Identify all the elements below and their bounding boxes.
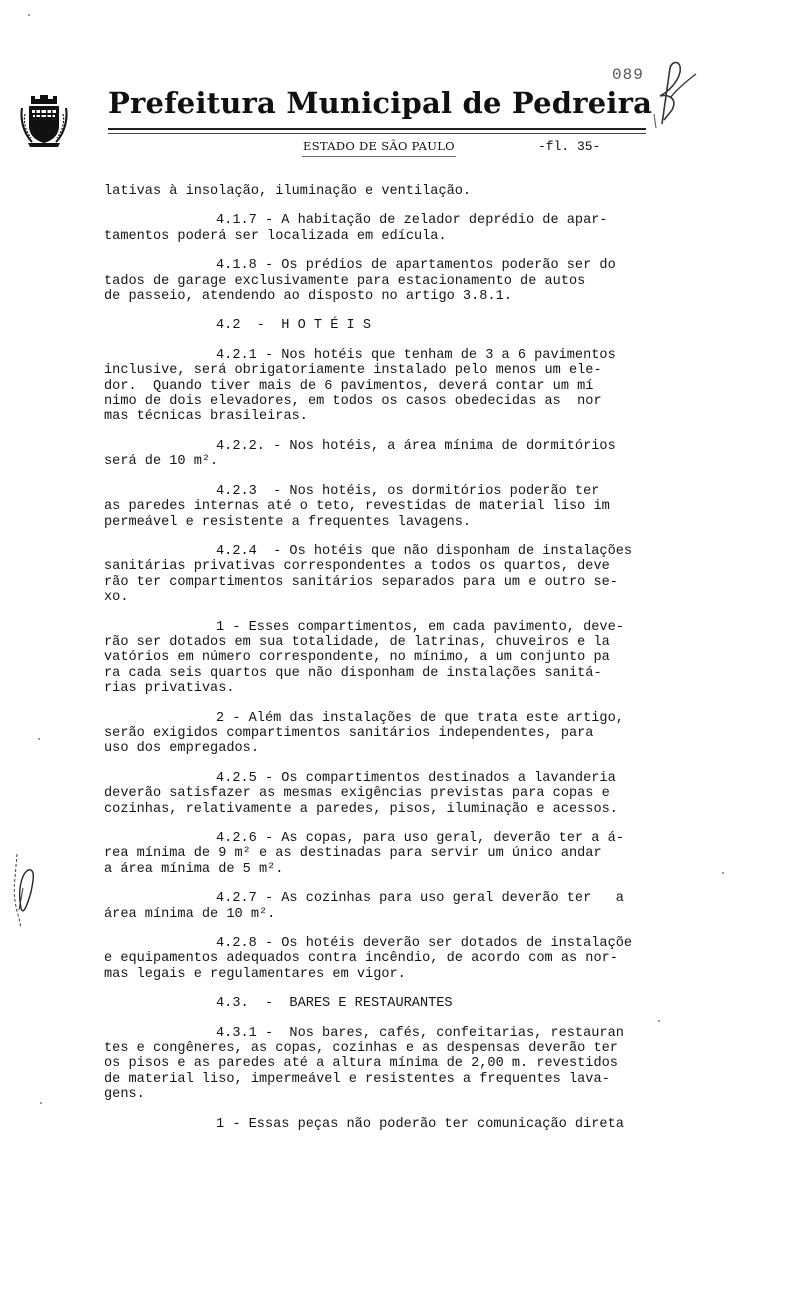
text-line: a área mínima de 5 m².	[104, 862, 704, 877]
institution-title: Prefeitura Municipal de Pedreira	[108, 86, 652, 120]
text-line: e equipamentos adequados contra incêndio…	[104, 951, 704, 966]
article-paragraph: 1 - Esses compartimentos, em cada pavime…	[104, 620, 704, 697]
text-line: nimo de dois elevadores, em todos os cas…	[104, 394, 704, 409]
article-paragraph: 2 - Além das instalações de que trata es…	[104, 711, 704, 757]
text-line: 4.3.1 - Nos bares, cafés, confeitarias, …	[104, 1026, 704, 1041]
article-paragraph: 4.2.8 - Os hotéis deverão ser dotados de…	[104, 936, 704, 982]
text-line: rias privativas.	[104, 681, 704, 696]
article-paragraph: lativas à insolação, iluminação e ventil…	[104, 184, 704, 199]
article-paragraph: 1 - Essas peças não poderão ter comunica…	[104, 1117, 704, 1132]
text-line: será de 10 m².	[104, 454, 704, 469]
coat-of-arms-icon	[18, 92, 70, 148]
text-line: tados de garage exclusivamente para esta…	[104, 274, 704, 289]
article-paragraph: 4.2.3 - Nos hotéis, os dormitórios poder…	[104, 484, 704, 530]
header-rule	[108, 128, 646, 130]
text-line: permeável e resistente a frequentes lava…	[104, 515, 704, 530]
text-line: 4.2.6 - As copas, para uso geral, deverã…	[104, 831, 704, 846]
text-line: 2 - Além das instalações de que trata es…	[104, 711, 704, 726]
text-line: xo.	[104, 590, 704, 605]
section-heading: 4.3. - BARES E RESTAURANTES	[104, 996, 704, 1011]
article-paragraph: 4.2.6 - As copas, para uso geral, deverã…	[104, 831, 704, 877]
text-line: cozinhas, relativamente a paredes, pisos…	[104, 802, 704, 817]
text-line: 4.2.5 - Os compartimentos destinados a l…	[104, 771, 704, 786]
text-line: sanitárias privativas correspondentes a …	[104, 559, 704, 574]
section-heading: 4.2 - H O T É I S	[104, 318, 704, 333]
text-line: gens.	[104, 1087, 704, 1102]
text-line: ra cada seis quartos que não disponham d…	[104, 666, 704, 681]
text-line: 1 - Essas peças não poderão ter comunica…	[104, 1117, 704, 1132]
text-line: vatórios em número correspondente, no mí…	[104, 650, 704, 665]
article-paragraph: 4.2.4 - Os hotéis que não disponham de i…	[104, 544, 704, 606]
text-line: 4.2.7 - As cozinhas para uso geral dever…	[104, 891, 704, 906]
text-line: 4.2.3 - Nos hotéis, os dormitórios poder…	[104, 484, 704, 499]
text-line: 4.1.8 - Os prédios de apartamentos poder…	[104, 258, 704, 273]
text-line: 4.2.8 - Os hotéis deverão ser dotados de…	[104, 936, 704, 951]
article-paragraph: 4.1.7 - A habitação de zelador deprédio …	[104, 213, 704, 244]
text-line: uso dos empregados.	[104, 741, 704, 756]
text-line: lativas à insolação, iluminação e ventil…	[104, 184, 704, 199]
text-line: rão ser dotados em sua totalidade, de la…	[104, 635, 704, 650]
margin-signature-icon	[5, 848, 37, 930]
text-line: 4.2.2. - Nos hotéis, a área mínima de do…	[104, 439, 704, 454]
text-line: os pisos e as paredes até a altura mínim…	[104, 1056, 704, 1071]
text-line: 4.3. - BARES E RESTAURANTES	[104, 996, 704, 1011]
text-line: 4.2.1 - Nos hotéis que tenham de 3 a 6 p…	[104, 348, 704, 363]
text-line: tes e congêneres, as copas, cozinhas e a…	[104, 1041, 704, 1056]
text-line: as paredes internas até o teto, revestid…	[104, 499, 704, 514]
text-line: mas legais e regulamentares em vigor.	[104, 967, 704, 982]
page-stamp-number: 089	[612, 66, 644, 84]
folio-number: -fl. 35-	[538, 139, 600, 154]
text-line: tamentos poderá ser localizada em edícul…	[104, 229, 704, 244]
text-line: rea mínima de 9 m² e as destinadas para …	[104, 846, 704, 861]
article-paragraph: 4.1.8 - Os prédios de apartamentos poder…	[104, 258, 704, 304]
text-line: área mínima de 10 m².	[104, 907, 704, 922]
signature-icon	[648, 58, 700, 130]
document-page: Prefeitura Municipal de Pedreira ESTADO …	[0, 0, 800, 1293]
text-line: inclusive, será obrigatoriamente instala…	[104, 363, 704, 378]
text-line: 4.1.7 - A habitação de zelador deprédio …	[104, 213, 704, 228]
article-paragraph: 4.2.7 - As cozinhas para uso geral dever…	[104, 891, 704, 922]
text-line: de passeio, atendendo ao disposto no art…	[104, 289, 704, 304]
text-line: mas técnicas brasileiras.	[104, 409, 704, 424]
text-line: rão ter compartimentos sanitários separa…	[104, 575, 704, 590]
header-rule-thin	[108, 133, 646, 134]
article-paragraph: 4.2.5 - Os compartimentos destinados a l…	[104, 771, 704, 817]
article-paragraph: 4.2.1 - Nos hotéis que tenham de 3 a 6 p…	[104, 348, 704, 425]
text-line: 4.2.4 - Os hotéis que não disponham de i…	[104, 544, 704, 559]
text-line: 4.2 - H O T É I S	[104, 318, 704, 333]
text-line: dor. Quando tiver mais de 6 pavimentos, …	[104, 379, 704, 394]
text-line: de material liso, impermeável e resisten…	[104, 1072, 704, 1087]
text-line: serão exigidos compartimentos sanitários…	[104, 726, 704, 741]
text-line: 1 - Esses compartimentos, em cada pavime…	[104, 620, 704, 635]
article-paragraph: 4.3.1 - Nos bares, cafés, confeitarias, …	[104, 1026, 704, 1103]
text-line: deverão satisfazer as mesmas exigências …	[104, 786, 704, 801]
document-body: lativas à insolação, iluminação e ventil…	[104, 184, 704, 1146]
state-underline	[302, 156, 456, 157]
article-paragraph: 4.2.2. - Nos hotéis, a área mínima de do…	[104, 439, 704, 470]
state-label: ESTADO DE SÃO PAULO	[303, 139, 455, 153]
